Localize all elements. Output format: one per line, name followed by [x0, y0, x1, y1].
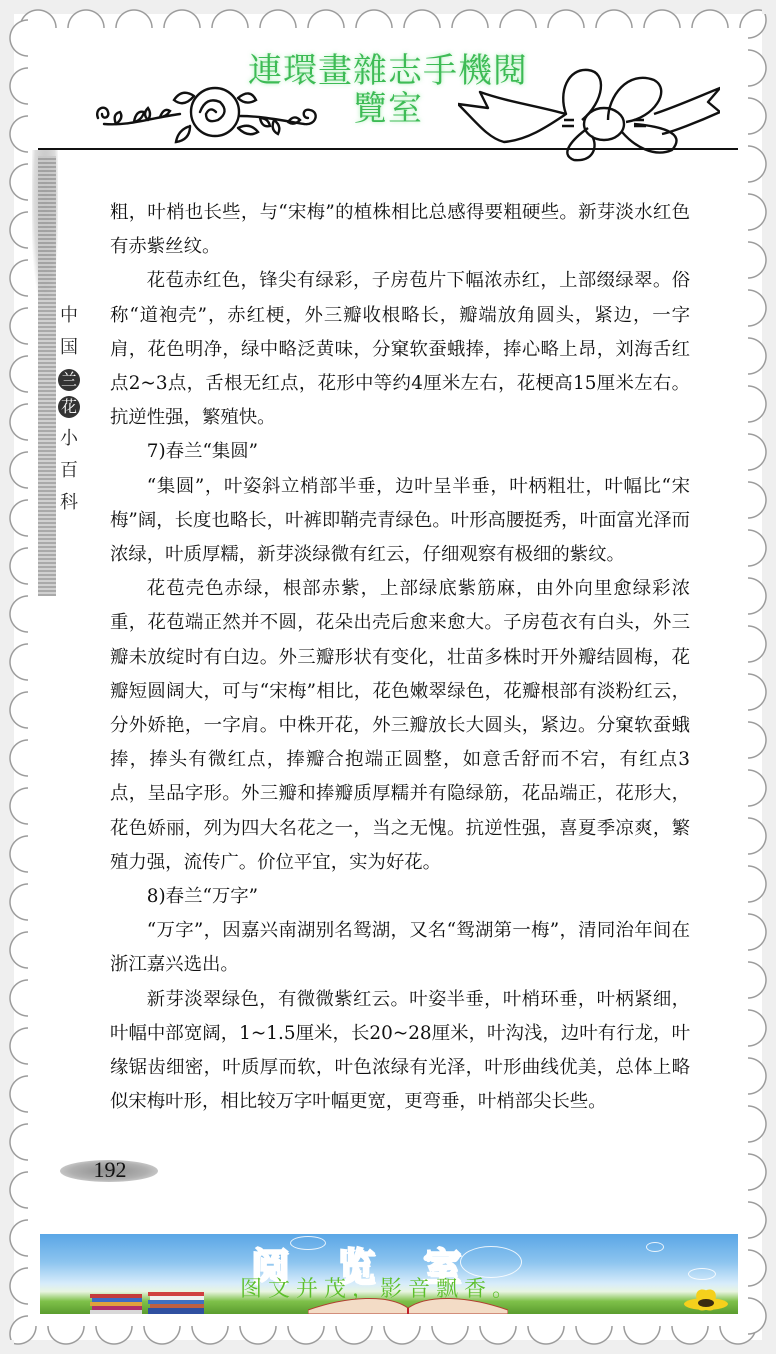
side-label-badge-char: 兰: [58, 369, 80, 391]
article-body: 粗，叶梢也长些，与“宋梅”的植株相比总感得要粗硬些。新芽淡水红色有赤紫丝纹。 花…: [110, 196, 690, 1119]
scalloped-border-top: [14, 2, 762, 28]
paragraph: 新芽淡翠绿色，有微微紫红云。叶姿半垂，叶梢环垂，叶柄紧细，叶幅中部宽阔，1~1.…: [110, 983, 690, 1120]
scalloped-border-bottom: [14, 1326, 762, 1352]
page-number-badge: 192: [60, 1156, 158, 1184]
side-decoration-strip: [38, 156, 56, 596]
scalloped-border-right: [748, 14, 774, 1340]
page-header: 連環畫雜志手機閱 覽室: [38, 38, 738, 150]
page-content-area: 連環畫雜志手機閱 覽室 中 国 兰 花 小 百 科 粗，叶梢也长些，与“宋梅”的…: [38, 38, 738, 1316]
section-heading-wanzi: 8)春兰“万字”: [110, 880, 690, 914]
side-label-char: 科: [56, 487, 82, 519]
paragraph: 花苞赤红色，锋尖有绿彩，子房苞片下幅浓赤红，上部缀绿翠。俗称“道袍壳”，赤红梗，…: [110, 264, 690, 435]
reading-room-banner[interactable]: 阅览室 图文并茂，影音飘香。: [40, 1234, 738, 1314]
magazine-title: 連環畫雜志手機閱 覽室: [38, 52, 738, 128]
side-label-badge-char: 花: [58, 396, 80, 418]
paragraph: 花苞壳色赤绿，根部赤紫，上部绿底紫筋麻，由外向里愈绿彩浓重，花苞端正然并不圆，花…: [110, 572, 690, 880]
magazine-title-line1: 連環畫雜志手機閱: [38, 52, 738, 90]
book-stack-icon: [90, 1292, 210, 1314]
book-series-label: 中 国 兰 花 小 百 科: [56, 300, 82, 519]
side-label-char: 国: [56, 332, 82, 364]
magazine-title-line2: 覽室: [38, 90, 738, 128]
paragraph: “集圆”，叶姿斜立梢部半垂，边叶呈半垂，叶柄粗壮，叶幅比“宋梅”阔，长度也略长，…: [110, 470, 690, 573]
bubble-decoration: [688, 1268, 716, 1280]
bubble-decoration: [646, 1242, 664, 1252]
open-book-icon: [308, 1286, 508, 1314]
side-label-char: 小: [56, 423, 82, 455]
paragraph-continuation: 粗，叶梢也长些，与“宋梅”的植株相比总感得要粗硬些。新芽淡水红色有赤紫丝纹。: [110, 196, 690, 264]
side-label-char: 百: [56, 455, 82, 487]
paragraph: “万字”，因嘉兴南湖别名鸳湖，又名“鸳湖第一梅”，清同治年间在浙江嘉兴选出。: [110, 914, 690, 982]
page-number: 192: [90, 1156, 130, 1184]
side-label-char: 中: [56, 300, 82, 332]
scalloped-border-left: [2, 14, 28, 1340]
sunflower-icon: [670, 1286, 738, 1314]
section-heading-jiyuan: 7)春兰“集圆”: [110, 435, 690, 469]
